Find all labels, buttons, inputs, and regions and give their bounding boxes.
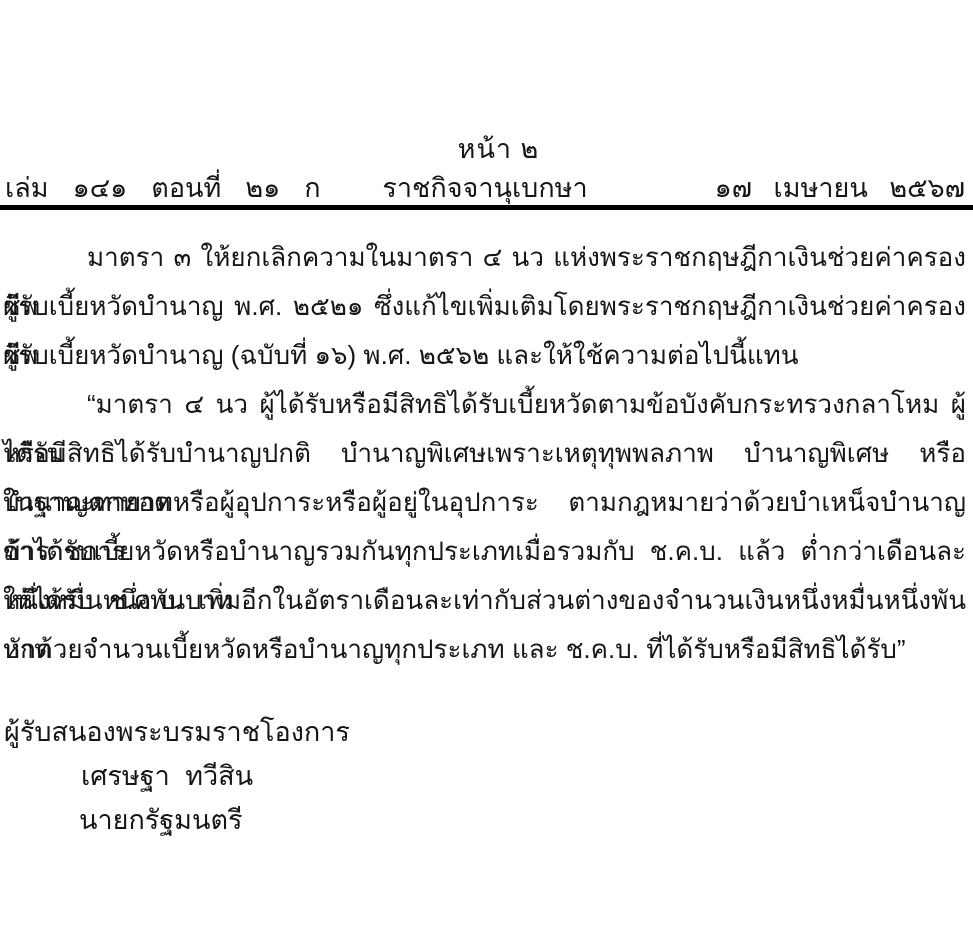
body-line: ให้ได้รับ ช.ค.บ. เพิ่มอีกในอัตราเดือนละเ… [3, 576, 966, 625]
signatory-title: นายกรัฐมนตรี [79, 798, 350, 842]
body-line: ผู้รับเบี้ยหวัดบำนาญ (ฉบับที่ ๑๖) พ.ศ. ๒… [3, 331, 966, 380]
header-rule-divider [0, 205, 973, 210]
gazette-title: ราชกิจจานุเบกษา [382, 166, 587, 209]
gazette-page: หน้า ๒ เล่ม ๑๔๑ ตอนที่ ๒๑ ก ราชกิจจานุเบ… [0, 0, 973, 938]
volume-label: เล่ม [5, 166, 49, 209]
part-number: ๒๑ [245, 166, 280, 209]
body-line: ถ้าได้รับเบี้ยหวัดหรือบำนาญรวมกันทุกประเ… [3, 527, 966, 576]
countersign-label: ผู้รับสนองพระบรมราชโองการ [4, 710, 350, 754]
section-letter: ก [304, 166, 320, 209]
signature-block: ผู้รับสนองพระบรมราชโองการ เศรษฐา ทวีสิน … [4, 710, 350, 842]
body-line: หรือมีสิทธิได้รับบำนาญปกติ บำนาญพิเศษเพร… [3, 429, 966, 478]
signatory-name: เศรษฐา ทวีสิน [81, 754, 350, 798]
body-line: ผู้รับเบี้ยหวัดบำนาญ พ.ศ. ๒๕๒๑ ซึ่งแก้ไข… [3, 282, 966, 331]
body-line: ในฐานะทายาทหรือผู้อุปการะหรือผู้อยู่ในอุ… [3, 478, 966, 527]
volume-number: ๑๔๑ [73, 166, 128, 209]
page-number-label: หน้า ๒ [12, 127, 973, 170]
publication-date: ๑๗ เมษายน ๒๕๖๗ [715, 166, 965, 209]
part-label: ตอนที่ [151, 166, 221, 209]
masthead-row: เล่ม ๑๔๑ ตอนที่ ๒๑ ก ราชกิจจานุเบกษา ๑๗ … [5, 166, 965, 204]
body-line: “มาตรา ๔ นว ผู้ได้รับหรือมีสิทธิได้รับเบ… [3, 380, 966, 429]
document-body: มาตรา ๓ ให้ยกเลิกความในมาตรา ๔ นว แห่งพร… [3, 233, 966, 674]
body-line: มาตรา ๓ ให้ยกเลิกความในมาตรา ๔ นว แห่งพร… [3, 233, 966, 282]
masthead-volume-part: เล่ม ๑๔๑ ตอนที่ ๒๑ ก [5, 166, 321, 209]
body-line: หักด้วยจำนวนเบี้ยหวัดหรือบำนาญทุกประเภท … [3, 625, 966, 674]
